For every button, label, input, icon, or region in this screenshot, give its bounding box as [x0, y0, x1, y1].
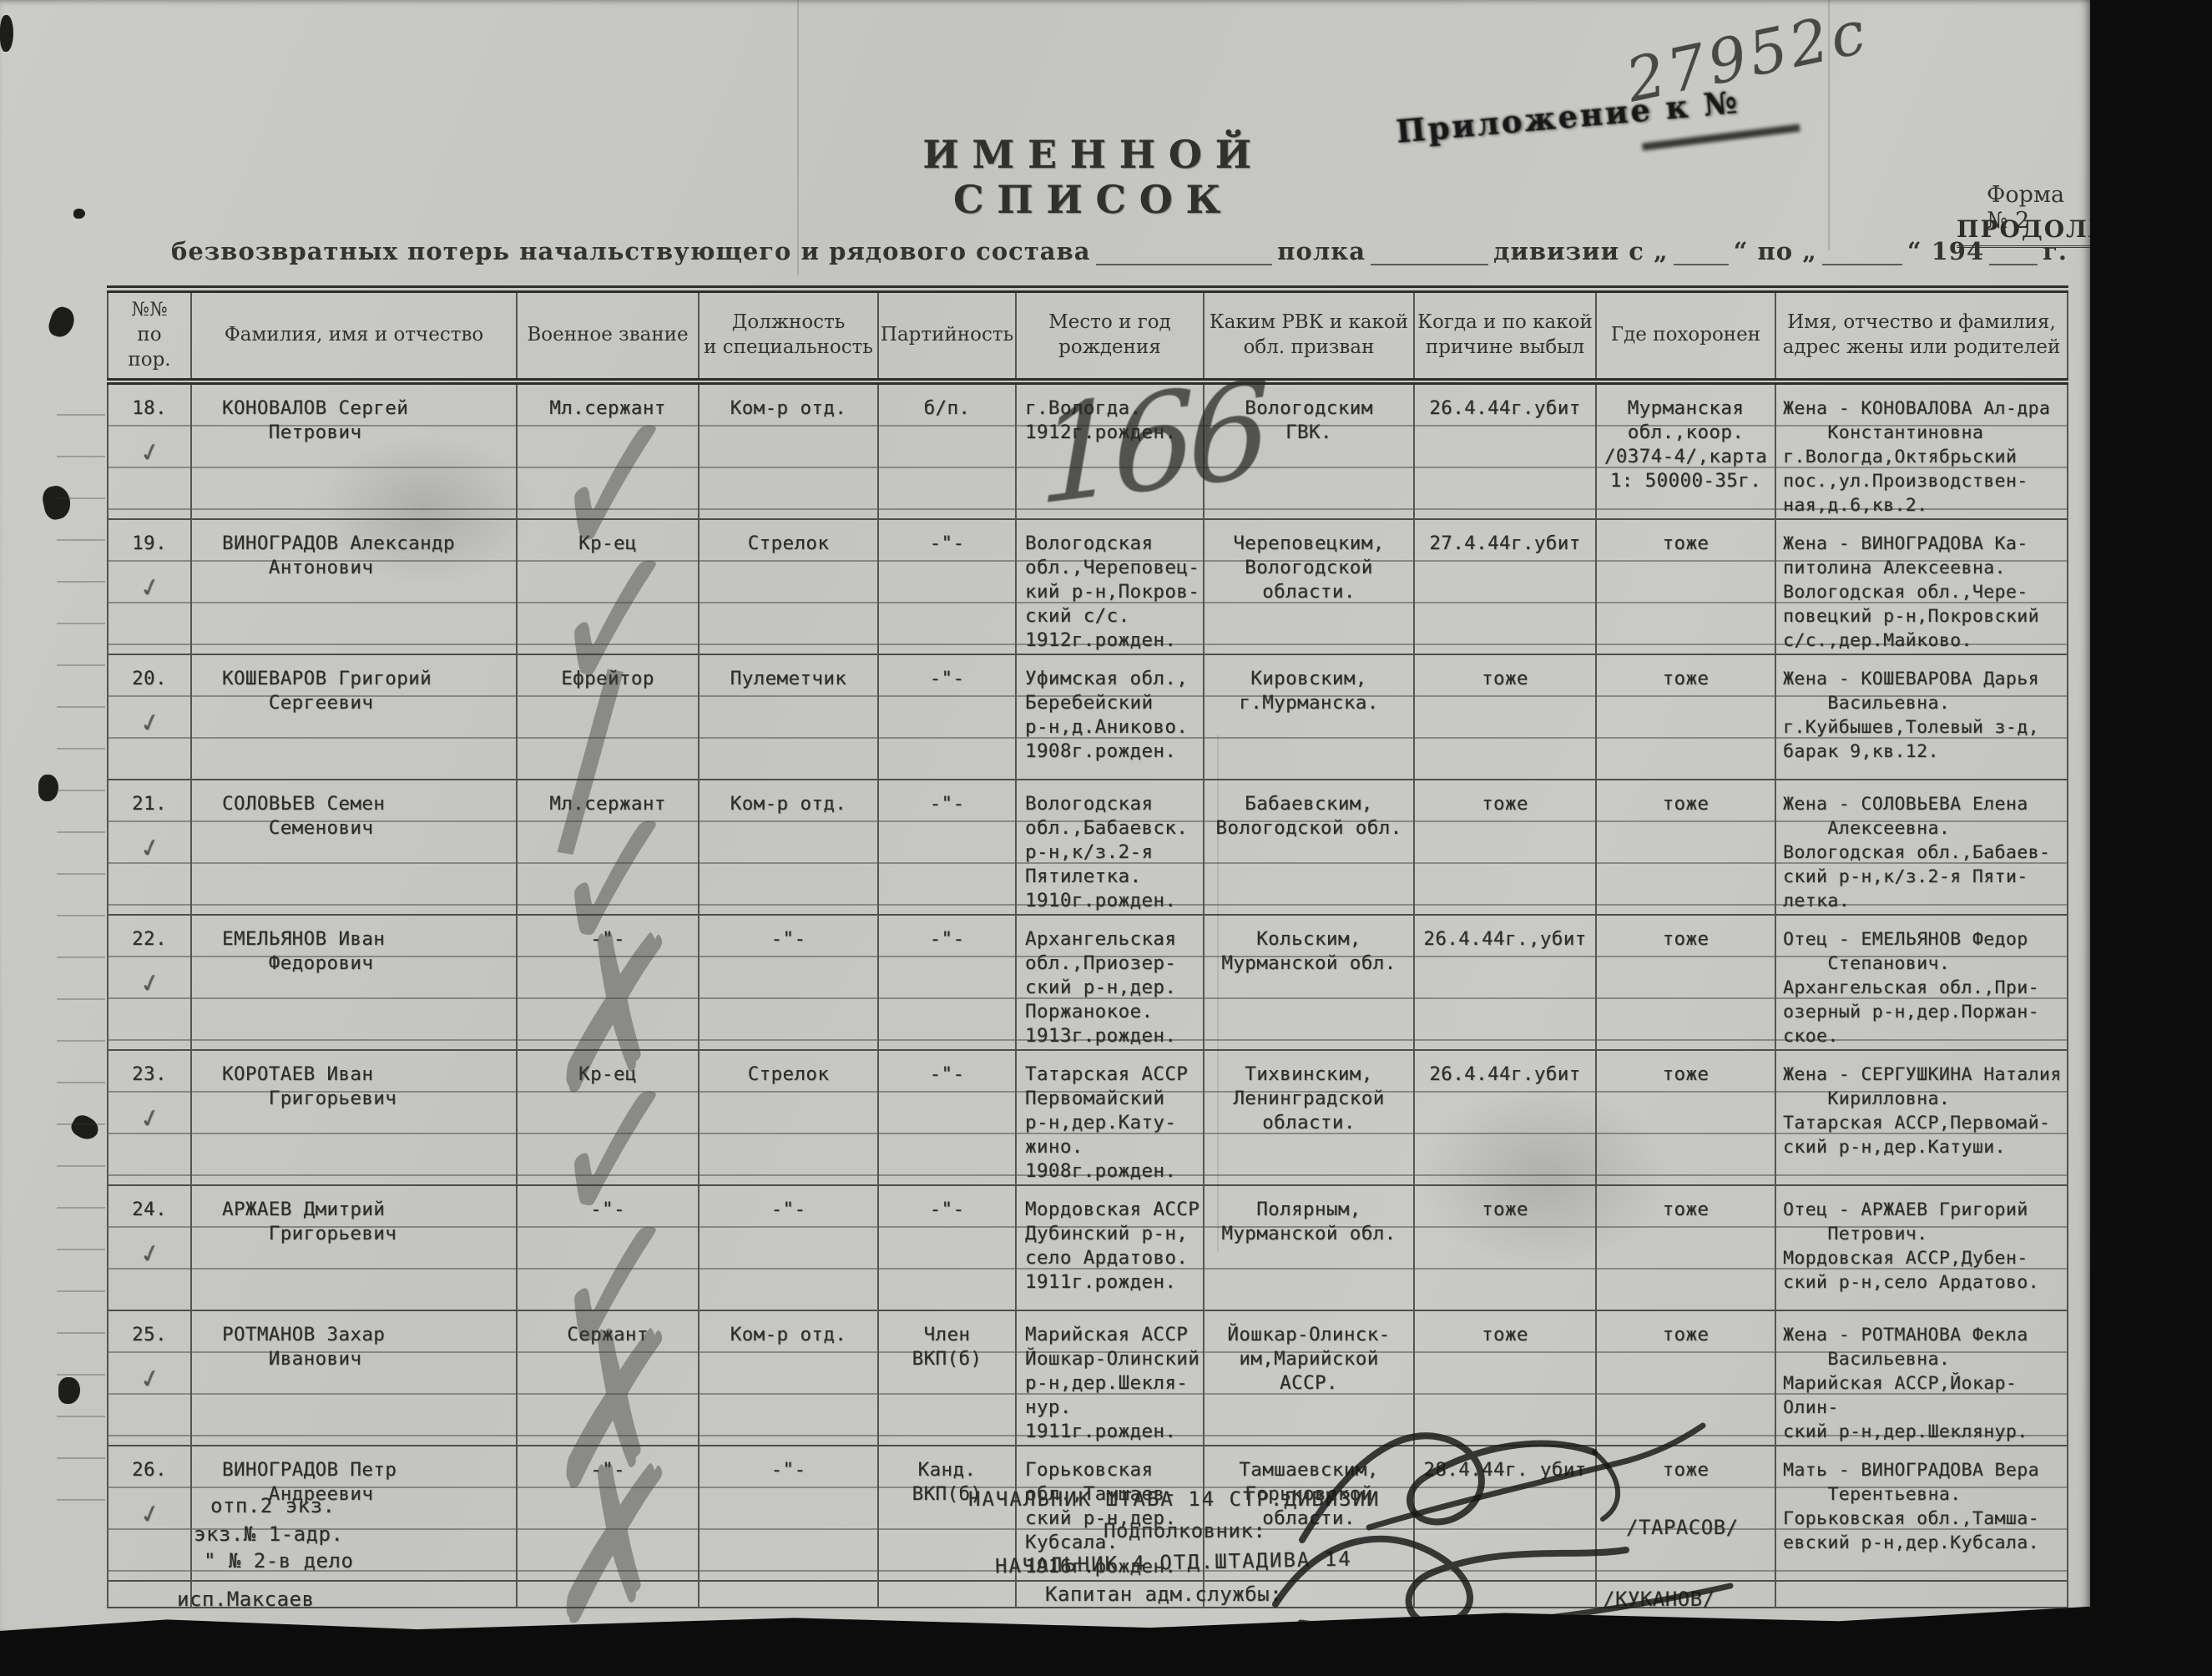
rank-value: Кр-ец: [578, 1063, 637, 1085]
row-number: 19.: [109, 532, 189, 556]
row-number: 23.: [109, 1063, 189, 1087]
cell-military-rank: -"-✗: [517, 1446, 699, 1581]
stamp-handwritten-number: 27952с: [1620, 0, 1874, 116]
paper-hole: [73, 209, 85, 219]
rank-value: -"-: [590, 928, 625, 950]
column-header-rank: Военное звание: [517, 290, 699, 382]
table-row: 25.✓ РОТМАНОВ Захар Иванович Сержант✗ Ко…: [108, 1310, 2068, 1446]
pencil-tick-icon: ✓: [109, 827, 191, 870]
cell-position: Стрелок: [699, 1050, 878, 1185]
cell-row-number: 23.✓: [108, 1050, 191, 1185]
cell-row-number: 21.✓: [108, 780, 191, 915]
column-header-party: Партийность: [878, 290, 1016, 382]
cell-relatives: Отец - АРЖАЕВ Григорий Петрович. Мордовс…: [1775, 1185, 2068, 1310]
cell-burial-place: тоже: [1596, 654, 1775, 780]
cell-relatives: Жена - РОТМАНОВА Фекла Васильевна. Марий…: [1775, 1310, 2068, 1446]
subtitle-year: “ 194: [1907, 237, 1984, 265]
row-number: 18.: [109, 396, 189, 421]
cell-position: -"-: [699, 915, 878, 1050]
cell-military-rank: Мл.сержант✓: [517, 780, 699, 915]
blank-line: [1989, 237, 2038, 265]
cell-position: Пулеметчик: [699, 654, 878, 780]
row-number: 25.: [109, 1323, 189, 1347]
cell-birthplace: Вологодская обл.,Бабаевск. р-н,к/з.2-я П…: [1016, 780, 1204, 915]
cell-military-rank: Ефрейтор∕: [517, 654, 699, 780]
pencil-tick-icon: ✓: [109, 1358, 191, 1401]
column-header-name: Фамилия, имя и отчество: [191, 290, 517, 382]
cell-burial-place: тоже: [1596, 1050, 1775, 1185]
cell-casualty-date: 26.4.44г.убит: [1414, 381, 1596, 519]
cell-birthplace: Марийская АССР Йошкар-Олинский р-н,дер.Ш…: [1016, 1310, 1204, 1446]
cell-position: -"-: [699, 1185, 878, 1310]
table-row: 24.✓ АРЖАЕВ Дмитрий Григорьевич -"-✓ -"-…: [108, 1185, 2068, 1310]
cell-party: -"-: [878, 780, 1016, 915]
table-row: 21.✓ СОЛОВЬЕВ Семен Семенович Мл.сержант…: [108, 780, 2068, 915]
subtitle-division: дивизии с „: [1493, 237, 1669, 265]
cell-recruited-by: Кольским, Мурманской обл.: [1204, 915, 1414, 1050]
cell-military-rank: Мл.сержант✓: [517, 381, 699, 519]
executor-note: исп.Максаев: [177, 1588, 314, 1611]
rank-value: -"-: [590, 1199, 625, 1220]
table-row: 23.✓ КОРОТАЕВ Иван Григорьевич Кр-ец✓ Ст…: [108, 1050, 2068, 1185]
blank-line: [1371, 237, 1488, 265]
cell-recruited-by: Бабаевским, Вологодской обл.: [1204, 780, 1414, 915]
pencil-tick-icon: ✓: [109, 567, 191, 609]
cell-party: -"-: [878, 915, 1016, 1050]
cell-recruited-by: Полярным, Мурманской обл.: [1204, 1185, 1414, 1310]
signature-kukanov-icon: [1242, 1512, 1760, 1646]
cell-full-name: КОРОТАЕВ Иван Григорьевич: [191, 1050, 517, 1185]
table-row: 19.✓ ВИНОГРАДОВ Александр Антонович Кр-е…: [108, 519, 2068, 654]
cell-party: -"-: [878, 519, 1016, 654]
row-number: 26.: [109, 1458, 189, 1482]
cell-full-name: АРЖАЕВ Дмитрий Григорьевич: [191, 1185, 517, 1310]
cell-casualty-date: 26.4.44г.,убит: [1414, 915, 1596, 1050]
scanned-document-page: ИМЕННОЙ СПИСОК Приложение к № 27952с Фор…: [0, 0, 2090, 1633]
cell-recruited-by: Череповецким, Вологодской области.: [1204, 519, 1414, 654]
row-number: 24.: [109, 1198, 189, 1222]
cell-birthplace: Татарская АССР Первомайский р-н,дер.Кату…: [1016, 1050, 1204, 1185]
rank-value: Сержант: [567, 1324, 649, 1345]
cell-party: б/п.: [878, 381, 1016, 519]
cell-military-rank: Кр-ец✓: [517, 519, 699, 654]
subtitle-text: безвозвратных потерь начальствующего и р…: [171, 237, 1091, 265]
cell-military-rank: Кр-ец✓: [517, 1050, 699, 1185]
cell-full-name: ЕМЕЛЬЯНОВ Иван Федорович: [191, 915, 517, 1050]
cell-full-name: КОШЕВАРОВ Григорий Сергеевич: [191, 654, 517, 780]
column-header-position: Должность и специальность: [699, 290, 878, 382]
cell-relatives: Жена - КОШЕВАРОВА Дарья Васильевна. г.Ку…: [1775, 654, 2068, 780]
cell-full-name: КОНОВАЛОВ Сергей Петрович: [191, 381, 517, 519]
cell-burial-place: тоже: [1596, 519, 1775, 654]
cell-party: Член ВКП(б): [878, 1310, 1016, 1446]
stamp-strike-mark: [1642, 124, 1800, 151]
cell-row-number: 22.✓: [108, 915, 191, 1050]
cell-birthplace: Архангельская обл.,Приозер- ский р-н,дер…: [1016, 915, 1204, 1050]
cell-military-rank: -"-✓: [517, 1185, 699, 1310]
subtitle-polka: полка: [1277, 237, 1366, 265]
copies-note: отп.2 экз.: [210, 1494, 336, 1517]
document-subtitle: безвозвратных потерь начальствующего и р…: [171, 237, 2068, 265]
cell-casualty-date: 27.4.44г.убит: [1414, 519, 1596, 654]
cell-relatives: Жена - СОЛОВЬЕВА Елена Алексеевна. Волог…: [1775, 780, 2068, 915]
attachment-stamp: Приложение к № 27952с: [1395, 83, 1741, 150]
cell-row-number: 25.✓: [108, 1310, 191, 1446]
cell-relatives: Отец - ЕМЕЛЬЯНОВ Федор Степанович. Архан…: [1775, 915, 2068, 1050]
cell-relatives: Жена - КОНОВАЛОВА Ал-дра Константиновна …: [1775, 381, 2068, 519]
cell-position: Стрелок: [699, 519, 878, 654]
rank-value: Мл.сержант: [549, 397, 665, 419]
cell-party: -"-: [878, 654, 1016, 780]
cell-burial-place: Мурманская обл.,коор. /0374-4/,карта 1: …: [1596, 381, 1775, 519]
blank-line: [1822, 237, 1902, 265]
cell-military-rank: Сержант✗: [517, 1310, 699, 1446]
column-header-number: №№ по пор.: [108, 290, 191, 382]
copy2-note: " № 2-в дело: [204, 1549, 353, 1573]
margin-ruled-lines: [57, 374, 105, 1532]
cell-position: Ком-р отд.: [699, 381, 878, 519]
rank-value: -"-: [590, 1459, 625, 1481]
cell-row-number: 24.✓: [108, 1185, 191, 1310]
header-row: №№ по пор. Фамилия, имя и отчество Военн…: [108, 290, 2068, 382]
row-number: 21.: [109, 792, 189, 816]
cell-relatives: Жена - СЕРГУШКИНА Наталия Кирилловна. Та…: [1775, 1050, 2068, 1185]
cell-position: -"-: [699, 1446, 878, 1581]
subtitle-g: г.: [2043, 237, 2068, 265]
cell-birthplace: Мордовская АССР Дубинский р-н, село Арда…: [1016, 1185, 1204, 1310]
cell-party: -"-: [878, 1185, 1016, 1310]
cell-relatives: Жена - ВИНОГРАДОВА Ка- питолина Алексеев…: [1775, 519, 2068, 654]
subtitle-po: “ по „: [1734, 237, 1817, 265]
pencil-tick-icon: ✓: [109, 432, 191, 474]
paper-hole: [0, 15, 13, 52]
cell-recruited-by: Тихвинским, Ленинградской области.: [1204, 1050, 1414, 1185]
cell-row-number: 19.✓: [108, 519, 191, 654]
cell-birthplace: Вологодская обл.,Череповец- кий р-н,Покр…: [1016, 519, 1204, 654]
row-number: 22.: [109, 927, 189, 952]
row-number: 20.: [109, 667, 189, 691]
blank-line: [1096, 237, 1273, 265]
cell-casualty-date: тоже: [1414, 654, 1596, 780]
column-header-relatives: Имя, отчество и фамилия, адрес жены или …: [1775, 290, 2068, 382]
handwritten-page-number: 166: [1036, 353, 1264, 535]
cell-casualty-date: 26.4.44г.убит: [1414, 1050, 1596, 1185]
cell-position: Ком-р отд.: [699, 1310, 878, 1446]
cell-casualty-date: тоже: [1414, 780, 1596, 915]
pencil-tick-icon: ✓: [109, 1493, 191, 1536]
cell-position: Ком-р отд.: [699, 780, 878, 915]
document-title: ИМЕННОЙ СПИСОК: [801, 132, 1386, 222]
cell-row-number: 26.✓: [108, 1446, 191, 1581]
table-row: 22.✓ ЕМЕЛЬЯНОВ Иван Федорович -"-✗ -"- -…: [108, 915, 2068, 1050]
pencil-tick-icon: ✓: [109, 1098, 191, 1140]
paper-hole: [46, 305, 78, 341]
cell-casualty-date: тоже: [1414, 1185, 1596, 1310]
rank-value: Ефрейтор: [561, 668, 654, 689]
cell-full-name: СОЛОВЬЕВ Семен Семенович: [191, 780, 517, 915]
pencil-tick-icon: ✓: [109, 702, 191, 745]
cell-burial-place: тоже: [1596, 780, 1775, 915]
cell-relatives: Мать - ВИНОГРАДОВА Вера Терентьевна. Гор…: [1775, 1446, 2068, 1581]
copy1-note: экз.№ 1-адр.: [194, 1522, 343, 1546]
cell-recruited-by: Кировским, г.Мурманска.: [1204, 654, 1414, 780]
cell-full-name: ВИНОГРАДОВ Александр Антонович: [191, 519, 517, 654]
table-row: 20.✓ КОШЕВАРОВ Григорий Сергеевич Ефрейт…: [108, 654, 2068, 780]
pencil-tick-icon: ✓: [109, 1233, 191, 1275]
column-header-casualty: Когда и по какой причине выбыл: [1414, 290, 1596, 382]
rank-value: Мл.сержант: [549, 793, 665, 815]
paper-hole: [38, 775, 58, 801]
cell-birthplace: Уфимская обл., Беребейский р-н,д.Аниково…: [1016, 654, 1204, 780]
blank-line: [1674, 237, 1729, 265]
paper-crease: [797, 0, 799, 275]
cell-burial-place: тоже: [1596, 1185, 1775, 1310]
cell-row-number: 20.✓: [108, 654, 191, 780]
pencil-tick-icon: ✓: [109, 962, 191, 1005]
cell-row-number: 18.✓: [108, 381, 191, 519]
cell-burial-place: тоже: [1596, 915, 1775, 1050]
cell-party: -"-: [878, 1050, 1016, 1185]
rank-value: Кр-ец: [578, 533, 637, 554]
cell-military-rank: -"-✗: [517, 915, 699, 1050]
cell-full-name: РОТМАНОВ Захар Иванович: [191, 1310, 517, 1446]
column-header-burial: Где похоронен: [1596, 290, 1775, 382]
